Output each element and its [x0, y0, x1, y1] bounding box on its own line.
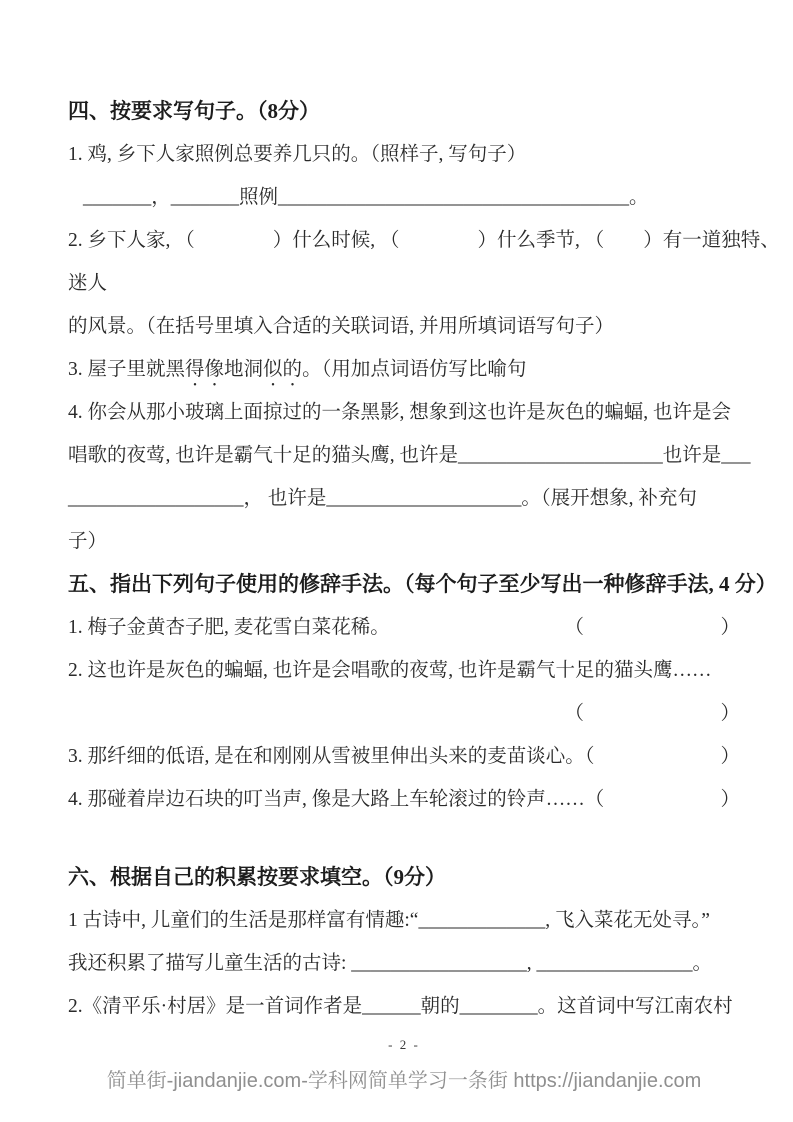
s5-q4-row: 4. 那碰着岸边石块的叮当声, 像是大路上车轮滚过的铃声……（） — [68, 778, 740, 821]
s5-q3-bracket-close: ） — [720, 735, 740, 778]
page-number: - 2 - — [68, 1036, 740, 1054]
s5-q1-row: 1. 梅子金黄杏子肥, 麦花雪白菜花稀。（ ） — [68, 606, 740, 649]
s5-q3-row: 3. 那纤细的低语, 是在和刚刚从雪被里伸出头来的麦苗谈心。（） — [68, 735, 740, 778]
s4-q3-pre: 3. 屋子里就黑 — [68, 359, 185, 380]
watermark-footer: 简单街-jiandanjie.com-学科网简单学习一条街 https://ji… — [68, 1068, 740, 1094]
s4-q1-answer-blanks: _______，_______照例_______________________… — [68, 176, 740, 219]
s4-q2-line3: 的风景。（在括号里填入合适的关联词语, 并用所填词语写句子） — [68, 305, 740, 348]
s4-q3-dotted-word-1: 得像 — [185, 359, 224, 380]
s5-q1-answer-bracket: （ ） — [564, 606, 740, 649]
s5-q4-bracket-close: ） — [720, 778, 740, 821]
s5-q2-answer-bracket: （ ） — [68, 692, 740, 735]
section6-heading: 六、根据自己的积累按要求填空。（9分） — [68, 856, 740, 899]
s4-q3-dotted-word-2: 似的 — [263, 359, 302, 380]
exam-content: 四、按要求写句子。（8分） 1. 鸡, 乡下人家照例总要养几只的。（照样子, 写… — [68, 90, 740, 1094]
s5-q2-text: 2. 这也许是灰色的蝙蝠, 也许是会唱歌的夜莺, 也许是霸气十足的猫头鹰…… — [68, 649, 740, 692]
s5-q4-text: 4. 那碰着岸边石块的叮当声, 像是大路上车轮滚过的铃声……（ — [68, 778, 604, 821]
s4-q4-line2: 唱歌的夜莺, 也许是霸气十足的猫头鹰, 也许是_________________… — [68, 434, 740, 477]
s4-q3-mid: 地洞 — [224, 359, 263, 380]
document-page: 四、按要求写句子。（8分） 1. 鸡, 乡下人家照例总要养几只的。（照样子, 写… — [0, 0, 793, 1122]
s6-q1-line1: 1 古诗中, 儿童们的生活是那样富有情趣:“_____________, 飞入菜… — [68, 899, 740, 942]
s4-q4-line1: 4. 你会从那小玻璃上面掠过的一条黑影, 想象到这也许是灰色的蝙蝠, 也许是会 — [68, 391, 740, 434]
s5-q1-text: 1. 梅子金黄杏子肥, 麦花雪白菜花稀。 — [68, 606, 390, 649]
s4-q2-line2: 迷人 — [68, 262, 740, 305]
s4-q3-sentence: 3. 屋子里就黑得像地洞似的。（用加点词语仿写比喻句 — [68, 348, 740, 391]
s4-q4-line3: __________________， 也许是_________________… — [68, 477, 740, 520]
s4-q4-line4: 子） — [68, 520, 740, 563]
section4-heading: 四、按要求写句子。（8分） — [68, 90, 740, 133]
s5-q3-text: 3. 那纤细的低语, 是在和刚刚从雪被里伸出头来的麦苗谈心。（ — [68, 735, 595, 778]
s4-q2-line1: 2. 乡下人家, （ ）什么时候, （ ）什么季节, （ ）有一道独特、 — [68, 219, 740, 262]
s6-q1-line2: 我还积累了描写儿童生活的古诗: __________________, ____… — [68, 942, 740, 985]
section5-heading: 五、指出下列句子使用的修辞手法。（每个句子至少写出一种修辞手法, 4 分） — [68, 563, 740, 606]
s4-q3-post: 。（用加点词语仿写比喻句 — [302, 359, 526, 380]
s4-q1-text: 1. 鸡, 乡下人家照例总要养几只的。（照样子, 写句子） — [68, 133, 740, 176]
s6-q2-line1: 2.《清平乐·村居》是一首词作者是______朝的________。这首词中写江… — [68, 985, 740, 1028]
